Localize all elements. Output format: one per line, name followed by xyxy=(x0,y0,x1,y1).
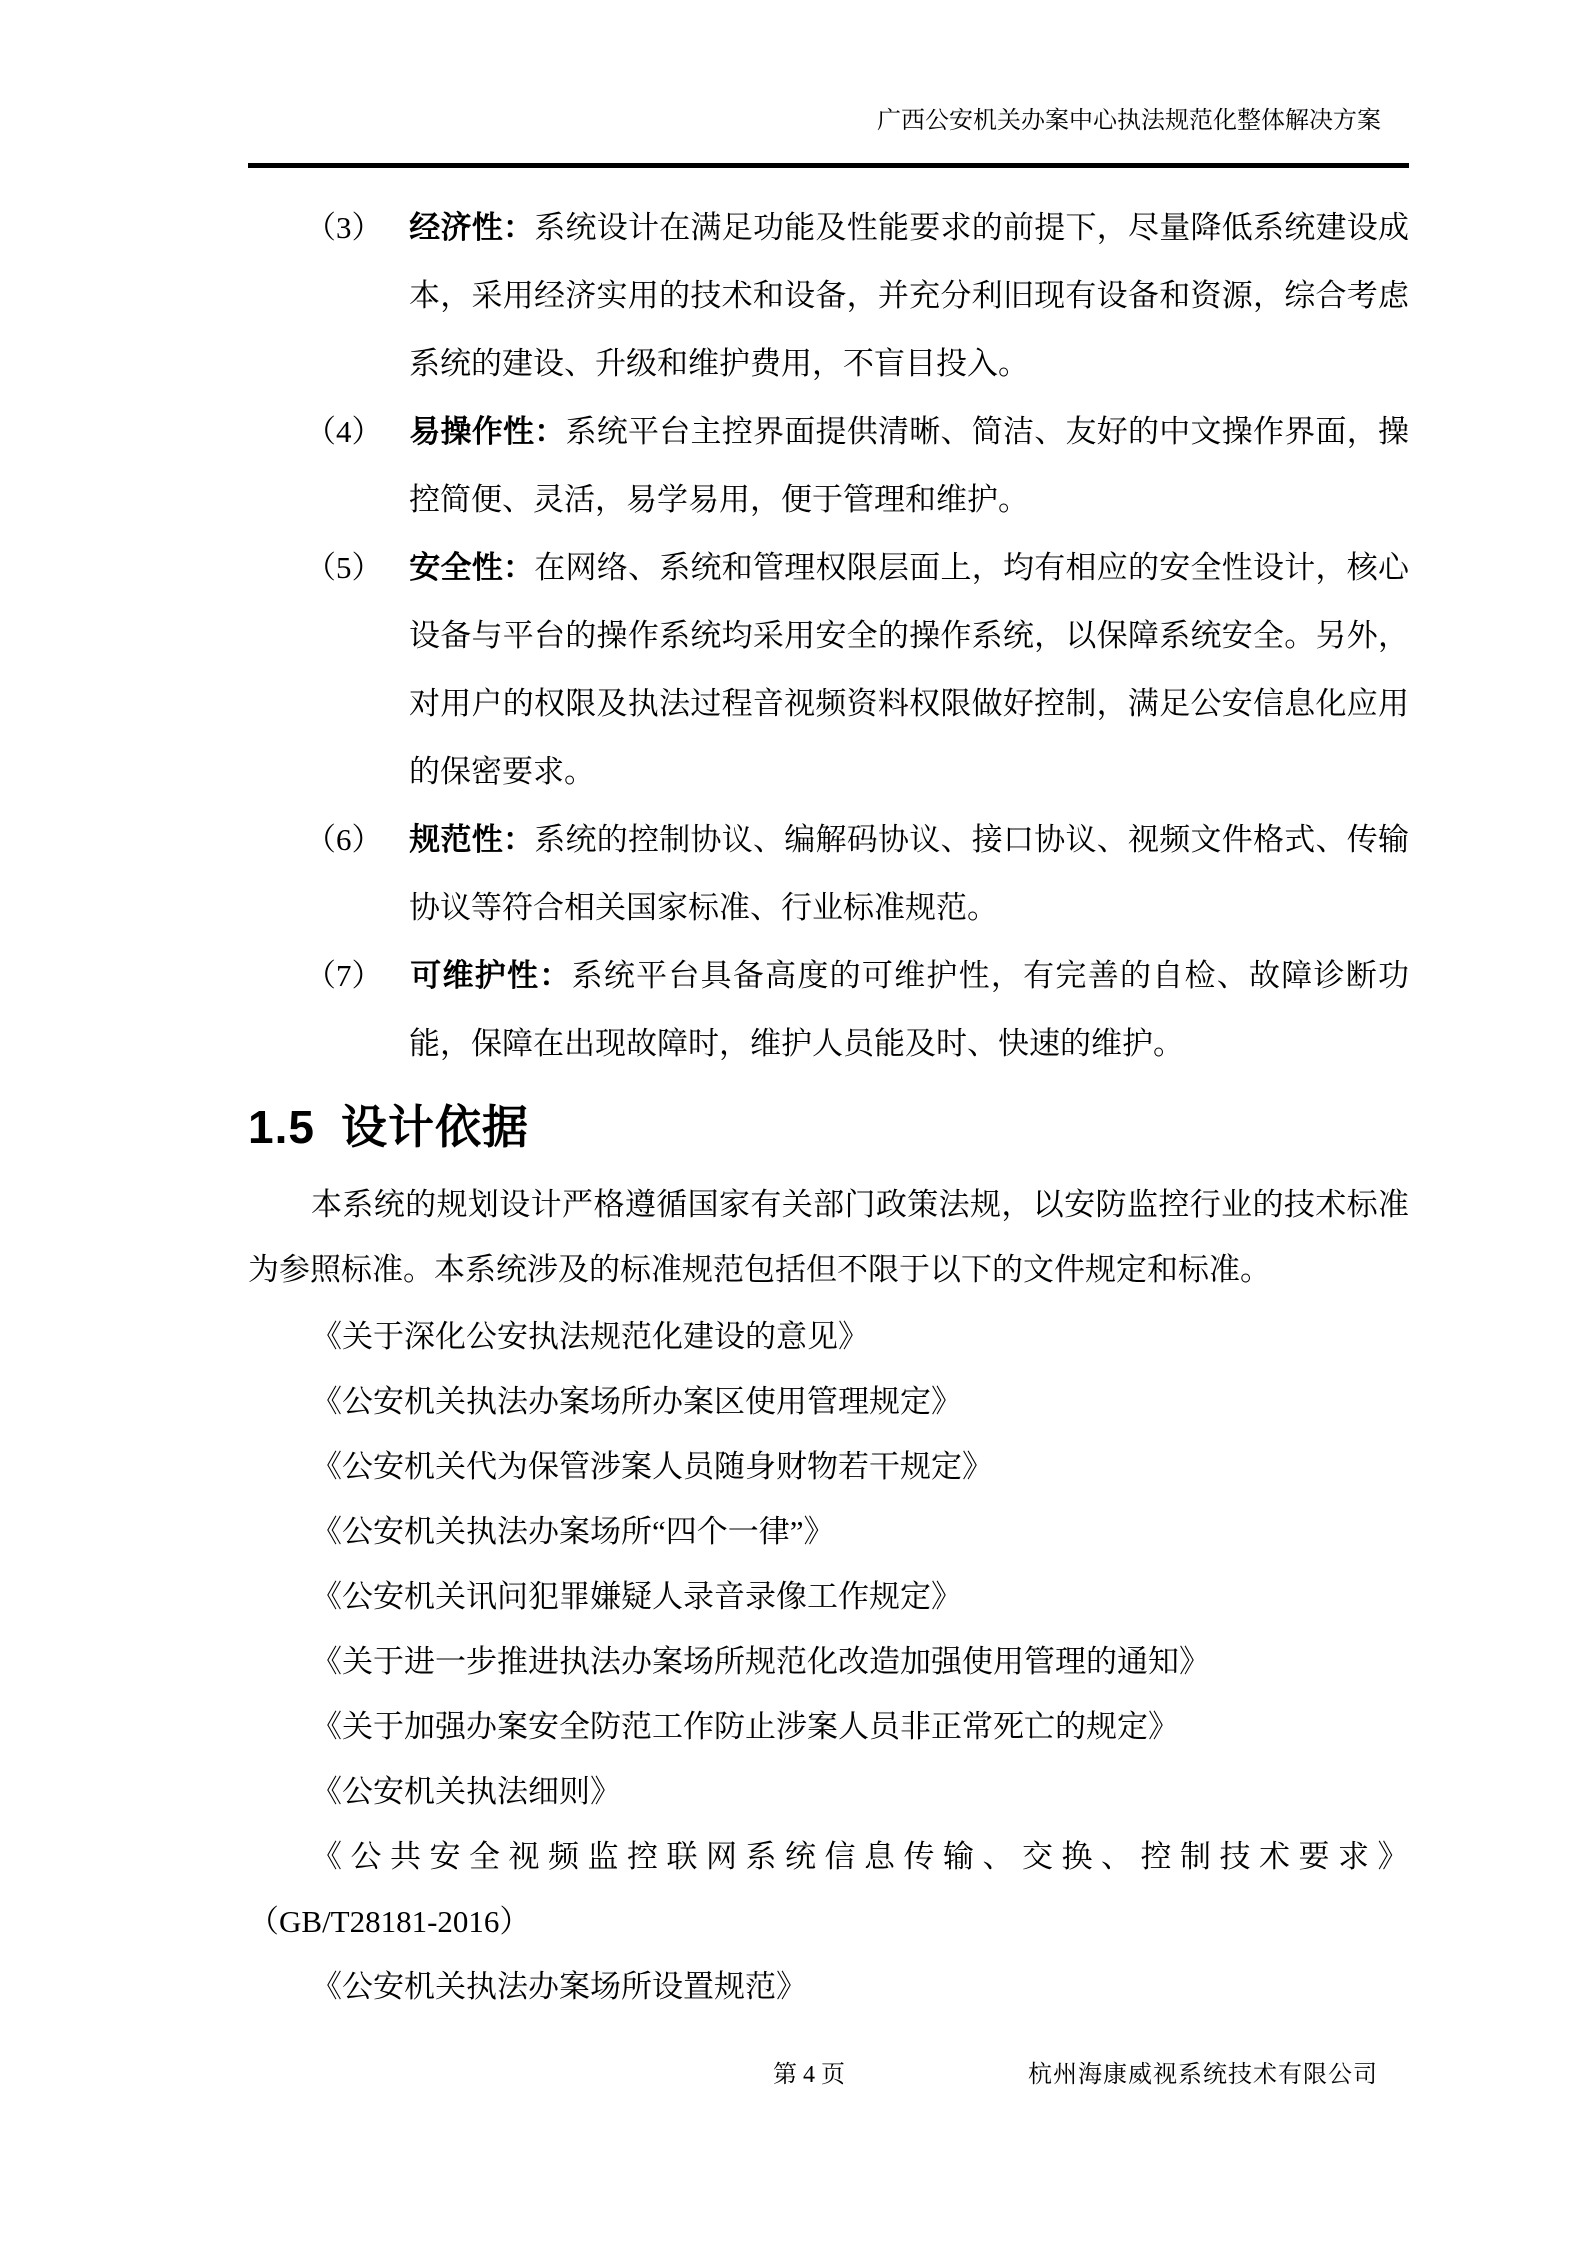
item-text: 系统设计在满足功能及性能要求的前提下，尽量降低系统建设成本，采用经济实用的技术和… xyxy=(409,210,1409,381)
reference-item: 《关于深化公安执法规范化建设的意见》 xyxy=(248,1304,1409,1369)
page-body: （3）经济性：系统设计在满足功能及性能要求的前提下，尽量降低系统建设成本，采用经… xyxy=(248,168,1409,2019)
reference-item: 《关于加强办案安全防范工作防止涉案人员非正常死亡的规定》 xyxy=(248,1694,1409,1759)
item-number: （3） xyxy=(305,194,409,262)
reference-item: 《关于进一步推进执法办案场所规范化改造加强使用管理的通知》 xyxy=(248,1629,1409,1694)
section-number: 1.5 xyxy=(248,1101,315,1153)
design-principle-item: （7）可维护性：系统平台具备高度的可维护性，有完善的自检、故障诊断功能，保障在出… xyxy=(248,942,1409,1078)
item-number: （6） xyxy=(305,806,409,874)
reference-item: （GB/T28181-2016） xyxy=(248,1889,1409,1954)
section-title: 设计依据 xyxy=(341,1101,529,1153)
item-number: （5） xyxy=(305,534,409,602)
page-number: 第 4 页 xyxy=(773,2058,845,2092)
header-title: 广西公安机关办案中心执法规范化整体解决方案 xyxy=(877,108,1381,134)
design-principle-item: （4）易操作性：系统平台主控界面提供清晰、简洁、友好的中文操作界面，操控简便、灵… xyxy=(248,398,1409,534)
item-label: 易操作性： xyxy=(409,414,566,449)
item-number: （7） xyxy=(305,942,409,1010)
document-page: 广西公安机关办案中心执法规范化整体解决方案 （3）经济性：系统设计在满足功能及性… xyxy=(0,0,1587,2245)
item-label: 安全性： xyxy=(409,550,534,585)
reference-item: 《公安机关执法办案场所“四个一律”》 xyxy=(248,1499,1409,1564)
reference-item: 《公共安全视频监控联网系统信息传输、交换、控制技术要求》 xyxy=(248,1824,1409,1889)
item-label: 可维护性： xyxy=(409,958,572,993)
item-number: （4） xyxy=(305,398,409,466)
item-text: 系统的控制协议、编解码协议、接口协议、视频文件格式、传输协议等符合相关国家标准、… xyxy=(409,822,1409,925)
references-list: 《关于深化公安执法规范化建设的意见》《公安机关执法办案场所办案区使用管理规定》《… xyxy=(248,1304,1409,2019)
intro-paragraph: 本系统的规划设计严格遵循国家有关部门政策法规，以安防监控行业的技术标准为参照标准… xyxy=(248,1172,1409,1302)
reference-item: 《公安机关执法细则》 xyxy=(248,1759,1409,1824)
design-principle-item: （5）安全性：在网络、系统和管理权限层面上，均有相应的安全性设计，核心设备与平台… xyxy=(248,534,1409,806)
design-principle-item: （3）经济性：系统设计在满足功能及性能要求的前提下，尽量降低系统建设成本，采用经… xyxy=(248,194,1409,398)
reference-item: 《公安机关代为保管涉案人员随身财物若干规定》 xyxy=(248,1434,1409,1499)
item-label: 规范性： xyxy=(409,822,534,857)
page-header: 广西公安机关办案中心执法规范化整体解决方案 xyxy=(248,104,1409,168)
reference-item: 《公安机关执法办案场所设置规范》 xyxy=(248,1954,1409,2019)
company-name: 杭州海康威视系统技术有限公司 xyxy=(1028,2058,1378,2092)
design-principles-list: （3）经济性：系统设计在满足功能及性能要求的前提下，尽量降低系统建设成本，采用经… xyxy=(248,194,1409,1078)
design-principle-item: （6）规范性：系统的控制协议、编解码协议、接口协议、视频文件格式、传输协议等符合… xyxy=(248,806,1409,942)
reference-item: 《公安机关讯问犯罪嫌疑人录音录像工作规定》 xyxy=(248,1564,1409,1629)
section-heading: 1.5设计依据 xyxy=(248,1090,1409,1164)
item-text: 在网络、系统和管理权限层面上，均有相应的安全性设计，核心设备与平台的操作系统均采… xyxy=(409,550,1409,789)
reference-item: 《公安机关执法办案场所办案区使用管理规定》 xyxy=(248,1369,1409,1434)
item-label: 经济性： xyxy=(409,210,534,245)
